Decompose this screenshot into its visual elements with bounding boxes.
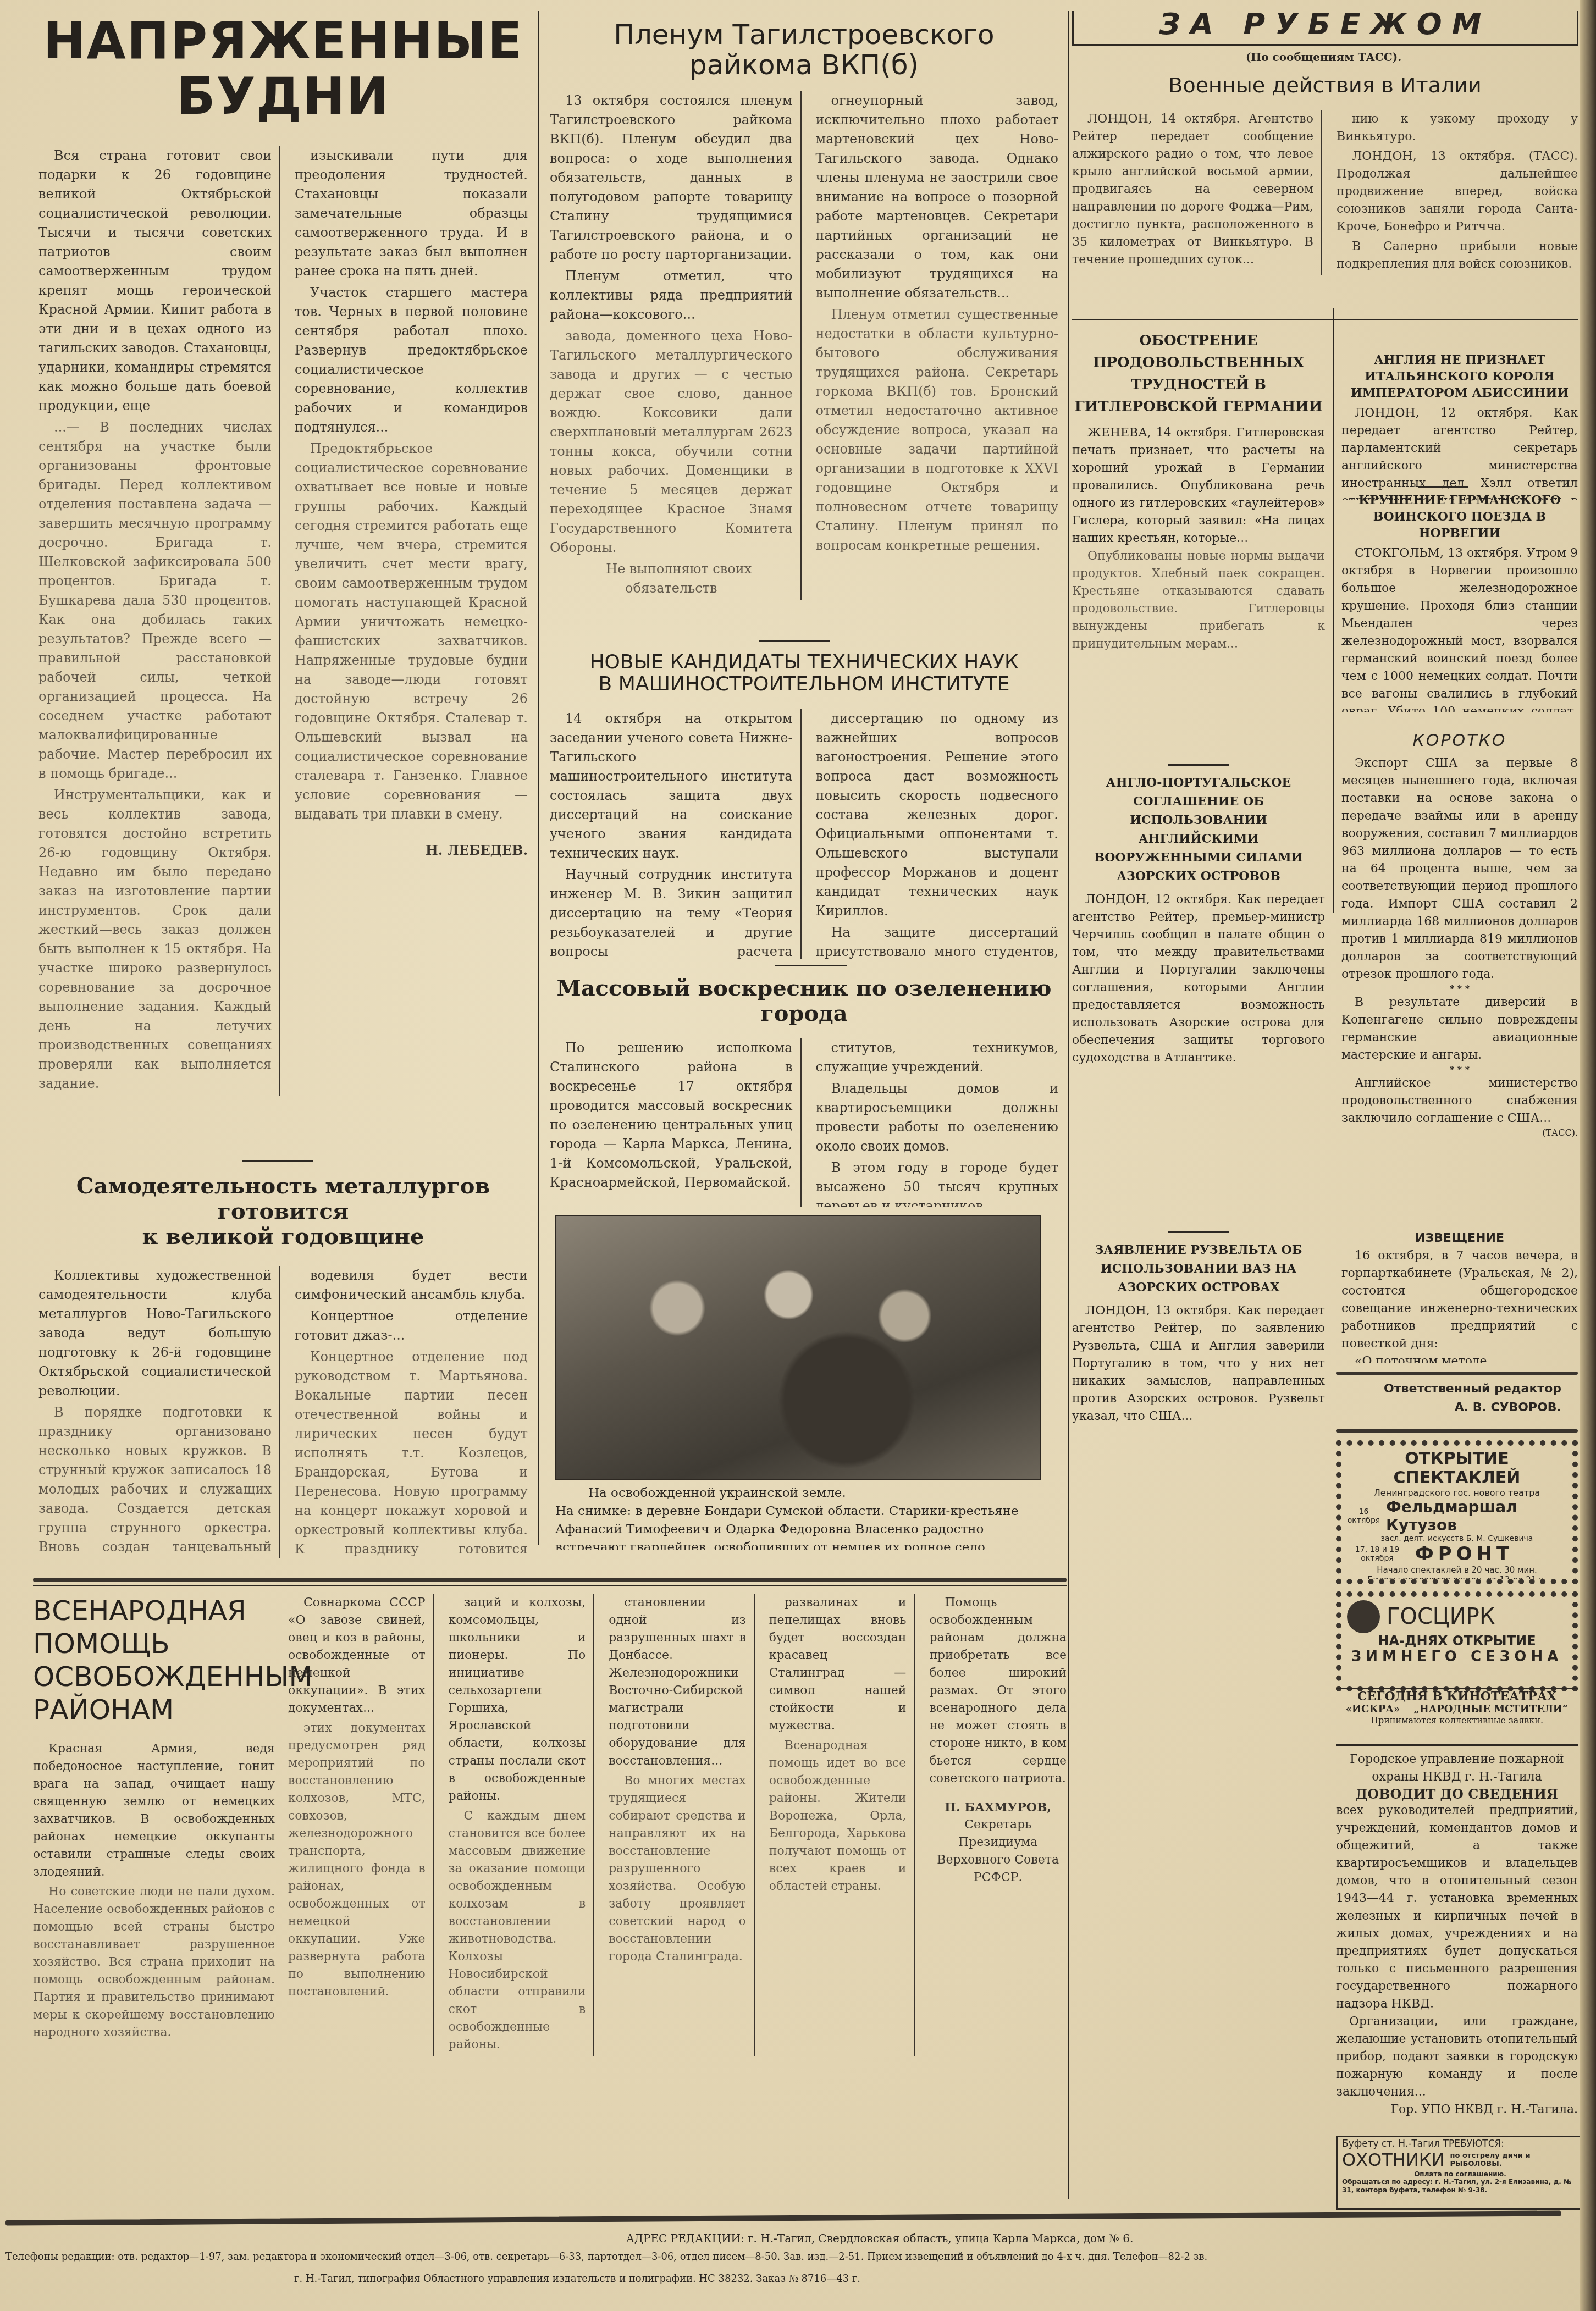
headline: Пленум Тагилстроевского райкома ВКП(б) <box>550 20 1058 80</box>
news-photo <box>555 1215 1041 1480</box>
paragraph: развалинах и пепелищах вновь будет воссо… <box>769 1594 907 1735</box>
signature-title: Секретарь Президиума <box>929 1816 1067 1851</box>
paragraph: диссертацию по одному из важнейших вопро… <box>816 709 1059 921</box>
headline-line: Пленум Тагилстроевского <box>614 19 994 51</box>
footer-phones: Телефоны редакции: отв. редактор—1-97, з… <box>5 2251 1572 2268</box>
ad-org: Городское управление пожарной охраны НКВ… <box>1336 1751 1578 1786</box>
divider <box>33 1585 1067 1586</box>
section-header-za-rubezhom: ЗА РУБЕЖОМ <box>1072 11 1578 46</box>
headline-line: В МАШИНОСТРОИТЕЛЬНОМ ИНСТИТУТЕ <box>599 673 1010 695</box>
ad-date: 17, 18 и 19 октября <box>1347 1545 1407 1563</box>
article-column: Красная Армия, ведя победоносное наступл… <box>33 1740 275 2042</box>
ad-play: Фельдмаршал Кутузов <box>1386 1498 1567 1534</box>
ad-note: Билеты продаются ежедн. от 13 до 21 ч. <box>1347 1575 1567 1584</box>
divider <box>1336 1429 1578 1433</box>
signature-title: Верховного Совета РСФСР. <box>929 1851 1067 1887</box>
paragraph: ститутов, техникумов, служащие учреждени… <box>816 1038 1059 1077</box>
article-samodeyatelnost: Самодеятельность металлургов готовится к… <box>38 1174 528 1558</box>
paragraph: водевиля будет вести симфонический ансам… <box>295 1266 528 1304</box>
paragraph: Владельцы домов и квартиросъемщики должн… <box>816 1079 1059 1156</box>
paragraph: Экспорт США за первые 8 месяцев нынешнег… <box>1341 755 1578 983</box>
column-rule <box>1068 11 1069 2199</box>
ad-play: ФРОНТ <box>1415 1543 1514 1565</box>
paragraph: Совнаркома СССР «О завозе свиней, овец и… <box>288 1594 426 1717</box>
article-column: заций и колхозы, комсомольцы, школьники … <box>449 1594 595 2056</box>
article-azores-agreement: АНГЛО-ПОРТУГАЛЬСКОЕ СОГЛАШЕНИЕ ОБ ИСПОЛЬ… <box>1072 764 1325 1094</box>
section-subtitle: (По сообщениям ТАСС). <box>1072 51 1575 67</box>
divider <box>1168 1231 1229 1233</box>
paragraph: Участок старшего мастера тов. Черных в п… <box>295 283 528 437</box>
paragraph: С каждым днем становится все более массо… <box>449 1807 586 2054</box>
headline: ЗАЯВЛЕНИЕ РУЗВЕЛЬТА ОБ ИСПОЛЬЗОВАНИИ ВАЗ… <box>1072 1241 1325 1297</box>
paragraph: Инструментальщики, как и весь коллектив … <box>38 786 272 1093</box>
paragraph: Английское министерство продовольственно… <box>1341 1075 1578 1127</box>
article-column: Коллективы художественной самодеятельнос… <box>38 1266 280 1558</box>
footer-printer: г. Н.-Тагил, типография Областного управ… <box>165 2273 990 2290</box>
ad-note: Принимаются коллективные заявки. <box>1336 1715 1578 1726</box>
paragraph: ЛОНДОН, 13 октября. (ТАСС). Продолжая да… <box>1337 148 1578 236</box>
photo-caption: На освобожденной украинской земле. На сн… <box>555 1484 1045 1550</box>
article-column: ЛОНДОН, 14 октября. Агентство Рейтер пер… <box>1072 110 1322 275</box>
ad-hunters: Буфету ст. Н.-Тагил ТРЕБУЮТСЯ: ОХОТНИКИ … <box>1336 2136 1584 2210</box>
ad-title: ОХОТНИКИ <box>1342 2149 1445 2170</box>
paragraph: Пленум отметил существенные недостатки в… <box>816 305 1059 555</box>
divider <box>5 2210 1561 2225</box>
separator: * * * <box>1341 983 1578 994</box>
signature: Гор. УПО НКВД г. Н.-Тагила. <box>1336 2101 1578 2119</box>
paragraph: Пленум отметил, что коллективы ряда пред… <box>550 267 793 324</box>
paragraph: ...— В последних числах сентября на учас… <box>38 418 272 783</box>
ad-theatre: ОТКРЫТИЕ СПЕКТАКЛЕЙ Ленинградского гос. … <box>1336 1440 1578 1584</box>
article-column: ститутов, техникумов, служащие учреждени… <box>816 1038 1059 1207</box>
divider <box>1336 1372 1578 1375</box>
paragraph: 16 октября, в 7 часов вечера, в горпартк… <box>1341 1247 1578 1353</box>
paragraph: 13 октября состоялся пленум Тагилстроевс… <box>550 91 793 264</box>
divider <box>759 640 830 642</box>
headline: Военные действия в Италии <box>1072 74 1578 97</box>
paragraph: всех руководителей предприятий, учрежден… <box>1336 1802 1578 2013</box>
headline-line: ВСЕНАРОДНАЯ ПОМОЩЬ <box>33 1595 246 1660</box>
paragraph: В Салерно прибыли новые подкрепления для… <box>1337 238 1578 273</box>
editor-name: А. В. СУВОРОВ. <box>1341 1398 1561 1417</box>
separator: * * * <box>1341 1064 1578 1075</box>
paragraph: Но советские люди не пали духом. Населен… <box>33 1883 275 2042</box>
paragraph: Научный сотрудник института инженер М. В… <box>550 865 793 959</box>
headline-line: райкома ВКП(б) <box>689 49 919 81</box>
article-column: Совнаркома СССР «О завозе свиней, овец и… <box>288 1594 434 2056</box>
paragraph: Красная Армия, ведя победоносное наступл… <box>33 1740 275 1881</box>
ad-note: Начало спектаклей в 20 час. 30 мин. <box>1347 1565 1567 1575</box>
paragraph: «О поточном методе производства». Докл. … <box>1341 1353 1578 1363</box>
article-germany-food: ОБОСТРЕНИЕ ПРОДОВОЛЬСТВЕННЫХ ТРУДНОСТЕЙ … <box>1072 330 1325 770</box>
headline: КРУШЕНИЕ ГЕРМАНСКОГО ВОИНСКОГО ПОЕЗДА В … <box>1341 492 1578 541</box>
signature: Н. ЛЕБЕДЕВ. <box>295 841 528 860</box>
divider <box>33 1578 1067 1582</box>
ad-cinema: СЕГОДНЯ В КИНОТЕАТРАХ «ИСКРА» „НАРОДНЫЕ … <box>1336 1688 1578 1746</box>
section-title: ЗА РУБЕЖОМ <box>1074 11 1577 41</box>
paragraph: В порядке подготовки к празднику организ… <box>38 1403 272 1558</box>
signature-name: П. БАХМУРОВ, <box>929 1799 1067 1816</box>
paragraph: Концертное отделение под руководством т.… <box>295 1347 528 1558</box>
paragraph: СТОКГОЛЬМ, 13 октября. Утром 9 октября в… <box>1341 545 1578 712</box>
headline-line: Самодеятельность металлургов готовится <box>76 1174 490 1224</box>
paragraph: Концертное отделение готовит джаз-... <box>295 1307 528 1345</box>
cinema-film: „НАРОДНЫЕ МСТИТЕЛИ“ <box>1413 1704 1568 1715</box>
ad-address: Обращаться по адресу: г. Н.-Тагил, ул. 2… <box>1342 2178 1578 2194</box>
editor-label: Ответственный редактор <box>1341 1380 1561 1398</box>
article-column: водевиля будет вести симфонический ансам… <box>295 1266 528 1558</box>
ad-pay: Оплата по соглашению. <box>1342 2170 1578 2178</box>
ad-line: «ИСКРА» „НАРОДНЫЕ МСТИТЕЛИ“ <box>1336 1704 1578 1715</box>
paragraph: Вся страна готовит свои подарки к 26 год… <box>38 146 272 416</box>
caption-line: На освобожденной украинской земле. <box>555 1484 1045 1502</box>
article-roosevelt-azores: ЗАЯВЛЕНИЕ РУЗВЕЛЬТА ОБ ИСПОЛЬЗОВАНИИ ВАЗ… <box>1072 1231 1325 1539</box>
divider <box>1168 764 1229 766</box>
paragraph: огнеупорный завод, исключительно плохо р… <box>816 91 1059 303</box>
headline: НАПРЯЖЕННЫЕ БУДНИ <box>38 13 528 124</box>
paragraph: Во многих местах трудящиеся собирают сре… <box>609 1772 746 1966</box>
notice-gorkom: ИЗВЕЩЕНИЕ 16 октября, в 7 часов вечера, … <box>1341 1231 1578 1363</box>
paragraph: изыскивали пути для преодоления трудност… <box>295 146 528 281</box>
editor-block: Ответственный редактор А. В. СУВОРОВ. <box>1341 1380 1561 1424</box>
footer-address: АДРЕС РЕДАКЦИИ: г. Н.-Тагил, Свердловска… <box>385 2232 1374 2248</box>
paragraph: завода, доменного цеха Ново-Тагильского … <box>550 327 793 557</box>
ad-sub: по отстрелу дичи и РЫБОЛОВЫ. <box>1450 2152 1538 2168</box>
headline: АНГЛИЯ НЕ ПРИЗНАЕТ ИТАЛЬЯНСКОГО КОРОЛЯ И… <box>1341 352 1578 401</box>
paragraph: ЖЕНЕВА, 14 октября. Гитлеровская печать … <box>1072 424 1325 548</box>
ad-title: ОТКРЫТИЕ СПЕКТАКЛЕЙ <box>1347 1449 1567 1488</box>
headline: Самодеятельность металлургов готовится к… <box>38 1174 528 1250</box>
ad-line: ЗИМНЕГО СЕЗОНА <box>1347 1649 1567 1665</box>
headline: Массовый воскресник по озеленению города <box>550 976 1058 1026</box>
article-vsenarodnaya-pomoshch: ВСЕНАРОДНАЯ ПОМОЩЬ ОСВОБОЖДЕННЫМ РАЙОНАМ… <box>33 1594 1067 2204</box>
headline: ВСЕНАРОДНАЯ ПОМОЩЬ ОСВОБОЖДЕННЫМ РАЙОНАМ <box>33 1594 275 1726</box>
ad-title: ДОВОДИТ ДО СВЕДЕНИЯ <box>1336 1786 1578 1802</box>
paragraph: В этом году в городе будет высажено 50 т… <box>816 1158 1059 1207</box>
paragraph: ЛОНДОН, 14 октября. Агентство Рейтер пер… <box>1072 110 1313 269</box>
article-italy: Военные действия в Италии ЛОНДОН, 14 окт… <box>1072 69 1578 311</box>
ad-title: ГОСЦИРК <box>1387 1604 1495 1629</box>
headline-line: НОВЫЕ КАНДИДАТЫ ТЕХНИЧЕСКИХ НАУК <box>589 651 1018 673</box>
divider <box>1418 486 1468 488</box>
paragraph: В результате диверсий в Копенгагене силь… <box>1341 994 1578 1064</box>
article-column: огнеупорный завод, исключительно плохо р… <box>816 91 1059 600</box>
caption-line: На снимке: в деревне Бондари Сумской обл… <box>555 1502 1045 1550</box>
paragraph: становлении одной из разрушенных шахт в … <box>609 1594 746 1770</box>
headline: АНГЛО-ПОРТУГАЛЬСКОЕ СОГЛАШЕНИЕ ОБ ИСПОЛЬ… <box>1072 773 1325 886</box>
article-norway-train: КРУШЕНИЕ ГЕРМАНСКОГО ВОИНСКОГО ПОЕЗДА В … <box>1341 492 1578 712</box>
headline: ОБОСТРЕНИЕ ПРОДОВОЛЬСТВЕННЫХ ТРУДНОСТЕЙ … <box>1072 330 1325 418</box>
column-rule <box>1333 308 1334 913</box>
ad-header: Буфету ст. Н.-Тагил ТРЕБУЮТСЯ: <box>1342 2138 1578 2149</box>
paragraph: Всенародная помощь идет во все освобожде… <box>769 1737 907 1895</box>
article-kandidaty-nauk: НОВЫЕ КАНДИДАТЫ ТЕХНИЧЕСКИХ НАУК В МАШИН… <box>550 651 1058 959</box>
paragraph: Коллективы художественной самодеятельнос… <box>38 1266 272 1401</box>
article-napryazhennye-budni: НАПРЯЖЕННЫЕ БУДНИ Вся страна готовит сво… <box>38 5 528 1154</box>
newspaper-page: НАПРЯЖЕННЫЕ БУДНИ Вся страна готовит сво… <box>0 0 1596 2311</box>
article-body: ЖЕНЕВА, 14 октября. Гитлеровская печать … <box>1072 424 1325 653</box>
ad-subtitle: Ленинградского гос. нового театра <box>1347 1488 1567 1498</box>
source: (ТАСС). <box>1341 1127 1578 1138</box>
divider <box>1072 319 1578 320</box>
article-column: нию к узкому проходу у Винкьятуро. ЛОНДО… <box>1337 110 1578 275</box>
article-column: становлении одной из разрушенных шахт в … <box>609 1594 755 2056</box>
ad-fire-safety: Городское управление пожарной охраны НКВ… <box>1336 1751 1578 2130</box>
cinema-venue: «ИСКРА» <box>1346 1704 1400 1715</box>
paragraph: На защите диссертаций присутствовало мно… <box>816 923 1059 959</box>
paragraph: ЛОНДОН, 12 октября. Как передает агентст… <box>1341 405 1578 500</box>
article-plenum: Пленум Тагилстроевского райкома ВКП(б) 1… <box>550 11 1058 643</box>
divider <box>242 1160 313 1162</box>
paragraph: 14 октября на открытом заседании ученого… <box>550 709 793 863</box>
ad-date: 16 октября <box>1347 1507 1380 1525</box>
circus-emblem-icon <box>1347 1600 1380 1633</box>
section-title: КОРОТКО <box>1341 731 1578 750</box>
article-column: диссертацию по одному из важнейших вопро… <box>816 709 1059 959</box>
article-column: изыскивали пути для преодоления трудност… <box>295 146 528 1096</box>
article-column: 13 октября состоялся пленум Тагилстроевс… <box>550 91 802 600</box>
article-column: 14 октября на открытом заседании ученого… <box>550 709 802 959</box>
paragraph: Не выполняют своих обязательств <box>550 560 793 598</box>
korotko: КОРОТКО Экспорт США за первые 8 месяцев … <box>1341 731 1578 1226</box>
paragraph: нию к узкому проходу у Винкьятуро. <box>1337 110 1578 146</box>
page-edge <box>1580 0 1596 2311</box>
article-england-italy-king: АНГЛИЯ НЕ ПРИЗНАЕТ ИТАЛЬЯНСКОГО КОРОЛЯ И… <box>1341 352 1578 500</box>
divider <box>775 965 847 966</box>
paragraph: заций и колхозы, комсомольцы, школьники … <box>449 1594 586 1805</box>
paragraph: Предоктябрьское социалистическое соревно… <box>295 439 528 824</box>
article-voskresnik: Массовый воскресник по озеленению города… <box>550 976 1058 1207</box>
paragraph: этих документах предусмотрен ряд меропри… <box>288 1720 426 2001</box>
ad-line: НА-ДНЯХ ОТКРЫТИЕ <box>1347 1633 1567 1649</box>
headline: НОВЫЕ КАНДИДАТЫ ТЕХНИЧЕСКИХ НАУК В МАШИН… <box>550 651 1058 695</box>
paragraph: Организации, или граждане, желающие уста… <box>1336 2013 1578 2101</box>
ad-author: засл. деят. искусств Б. М. Сушкевича <box>1347 1534 1567 1543</box>
paragraph: По решению исполкома Сталинского района … <box>550 1038 793 1192</box>
ad-circus: ГОСЦИРК НА-ДНЯХ ОТКРЫТИЕ ЗИМНЕГО СЕЗОНА <box>1336 1591 1578 1691</box>
ad-title: СЕГОДНЯ В КИНОТЕАТРАХ <box>1336 1689 1578 1704</box>
article-column: развалинах и пепелищах вновь будет воссо… <box>769 1594 915 2056</box>
paragraph: ЛОНДОН, 13 октября. Как передает агентст… <box>1072 1302 1325 1425</box>
article-column: По решению исполкома Сталинского района … <box>550 1038 802 1207</box>
article-column: Вся страна готовит свои подарки к 26 год… <box>38 146 280 1096</box>
article-column: Помощь освобожденным районам должна прио… <box>929 1594 1067 2056</box>
column-rule <box>538 11 539 1545</box>
paragraph: Помощь освобожденным районам должна прио… <box>929 1594 1067 1788</box>
notice-title: ИЗВЕЩЕНИЕ <box>1341 1231 1578 1245</box>
headline-line: ОСВОБОЖДЕННЫМ РАЙОНАМ <box>33 1661 313 1726</box>
paragraph: ЛОНДОН, 12 октября. Как передает агентст… <box>1072 891 1325 1067</box>
paragraph: Опубликованы новые нормы выдачи продукто… <box>1072 548 1325 653</box>
headline-line: к великой годовщине <box>142 1224 424 1250</box>
